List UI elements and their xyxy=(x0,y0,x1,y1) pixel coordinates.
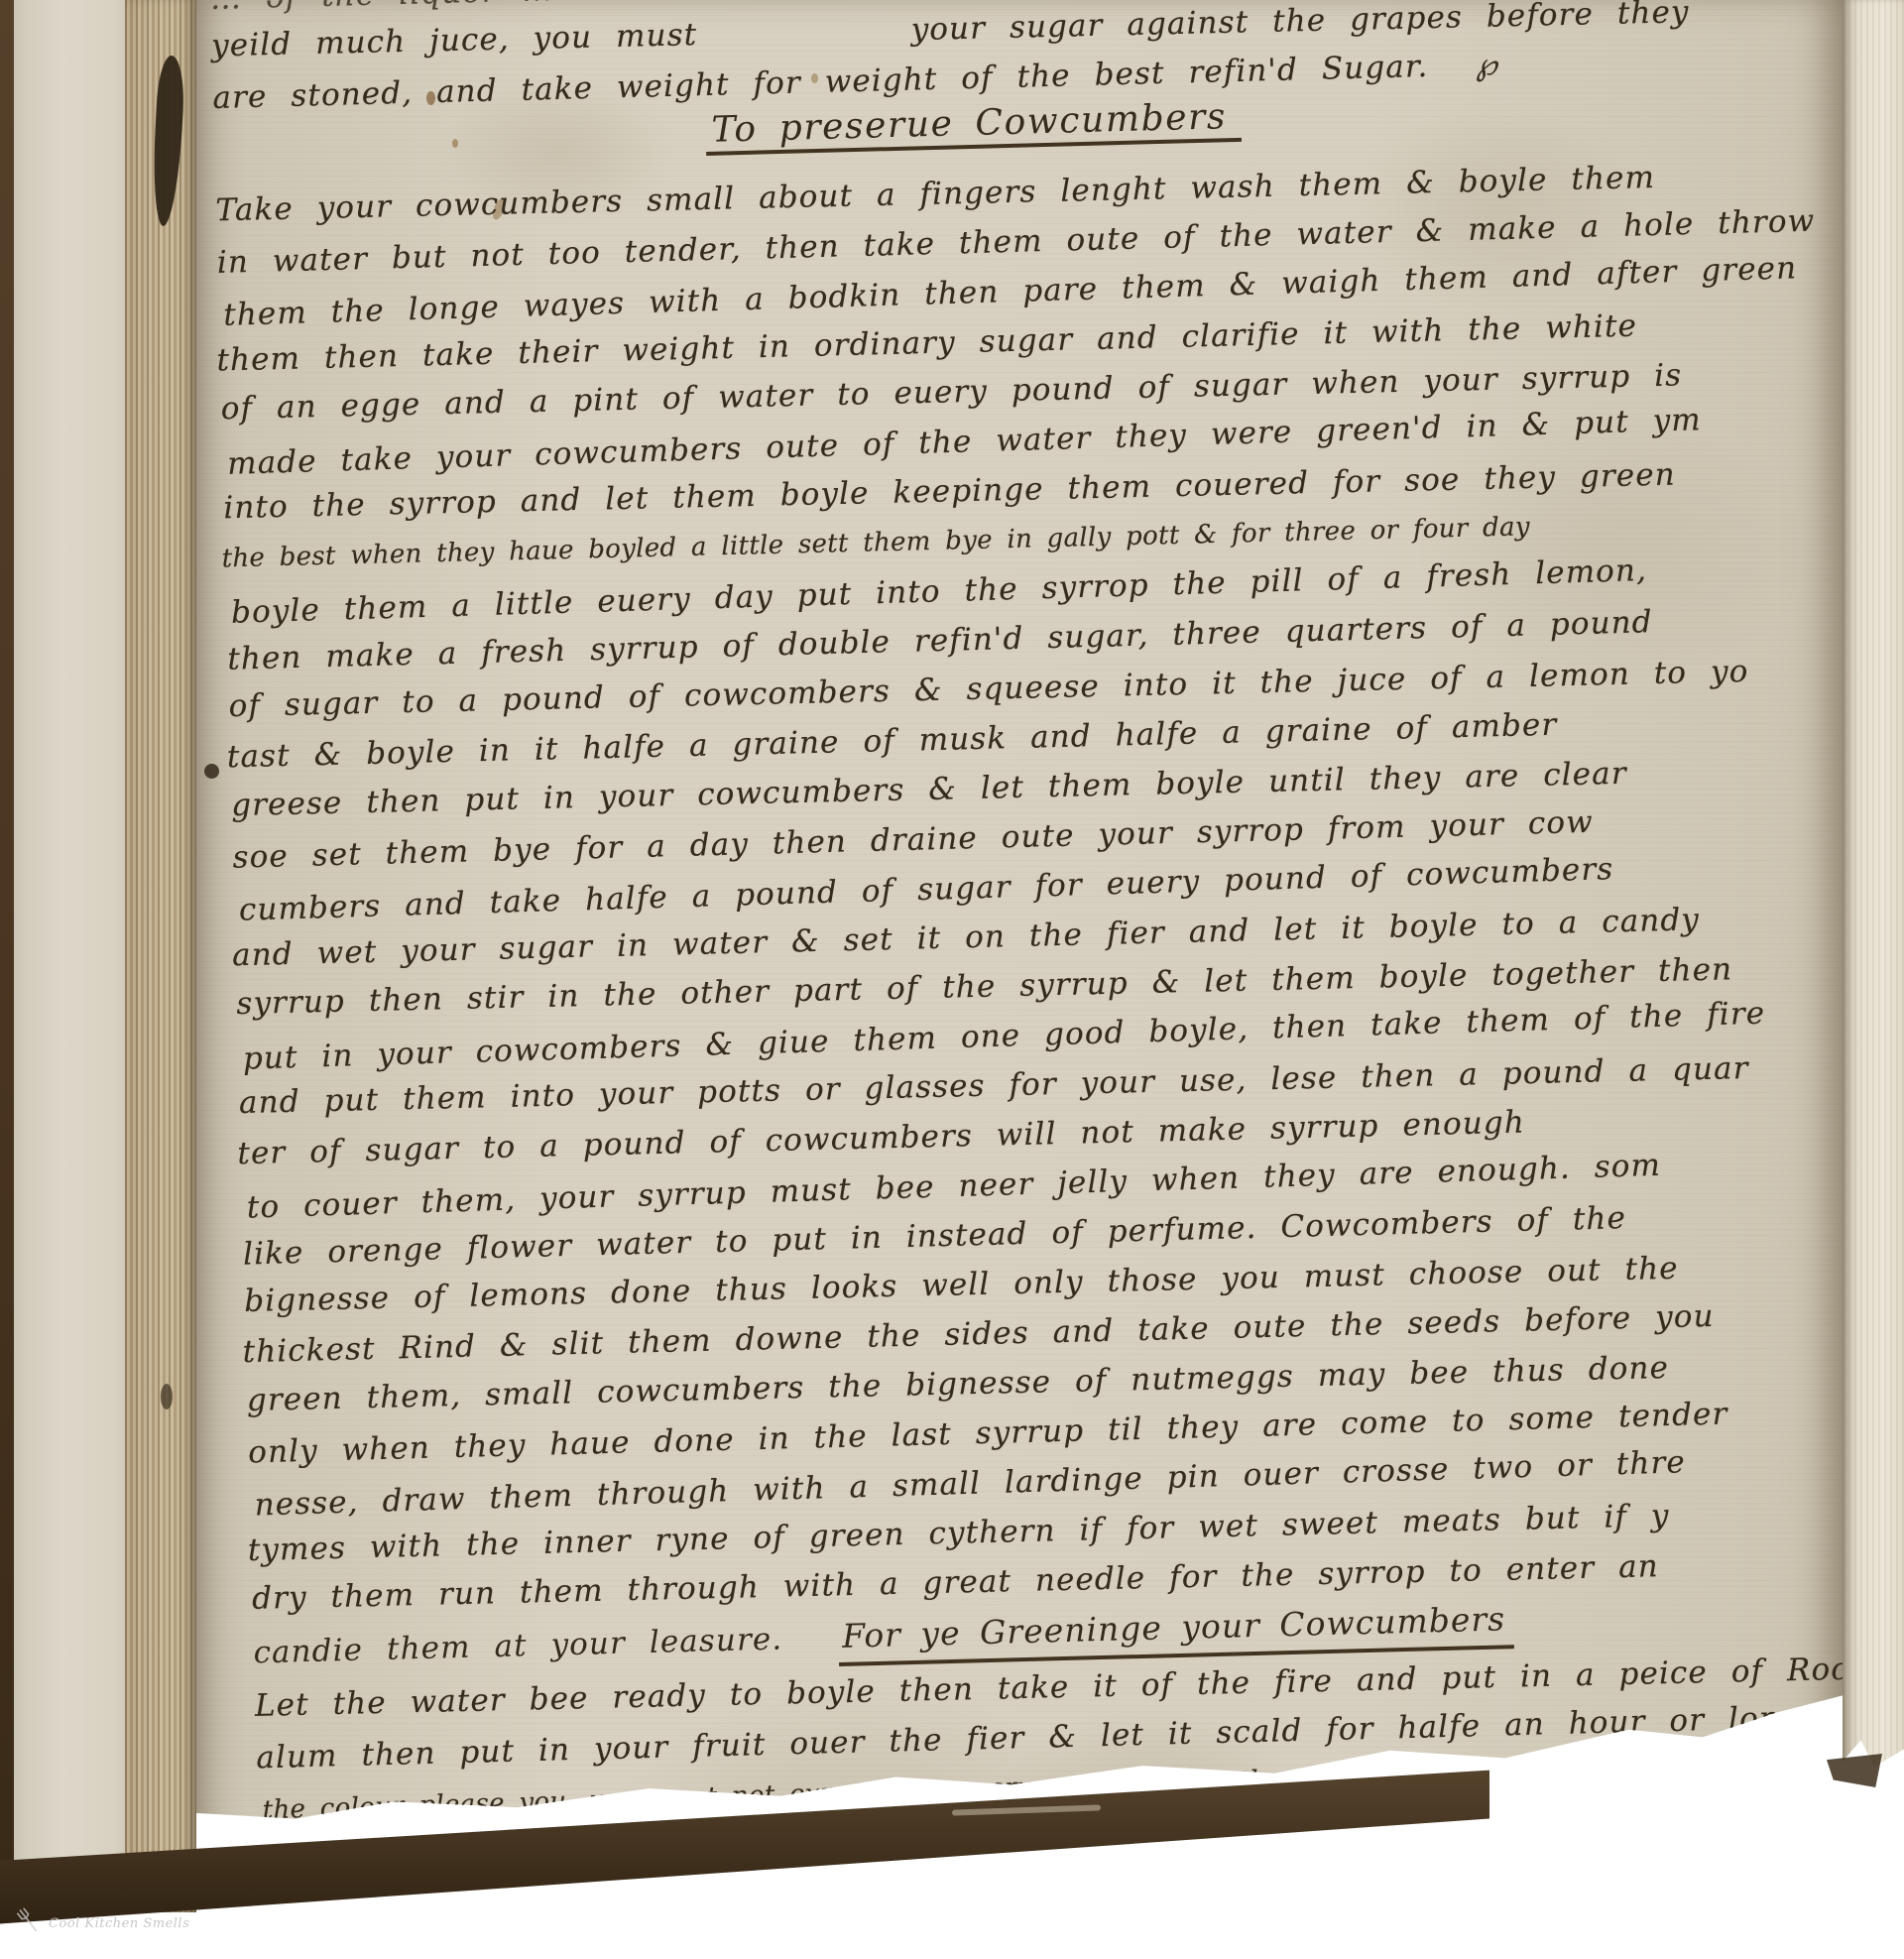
page-tear xyxy=(1827,1754,1882,1787)
manuscript-line: candie them at your leasure. xyxy=(253,1621,783,1670)
ink-blot-small xyxy=(161,1384,173,1409)
fore-edge xyxy=(1843,0,1904,1777)
manuscript-page: … of the liquor … … … yeild much juce, y… xyxy=(196,0,1843,1897)
recipe-body: Take your cowcumbers small about a finge… xyxy=(215,146,1843,1626)
ink-spot xyxy=(204,764,219,779)
watermark-text: Cool Kitchen Smells xyxy=(49,1916,189,1931)
book-photo: … of the liquor … … … yeild much juce, y… xyxy=(0,0,1904,1959)
watermark: Cool Kitchen Smells xyxy=(16,1906,189,1940)
facing-page-edge xyxy=(14,0,125,1898)
page-gutter xyxy=(125,0,196,1912)
page-content: … of the liquor … … … yeild much juce, y… xyxy=(210,0,1843,1832)
fork-icon xyxy=(16,1906,42,1940)
left-cover-edge xyxy=(0,0,14,1922)
